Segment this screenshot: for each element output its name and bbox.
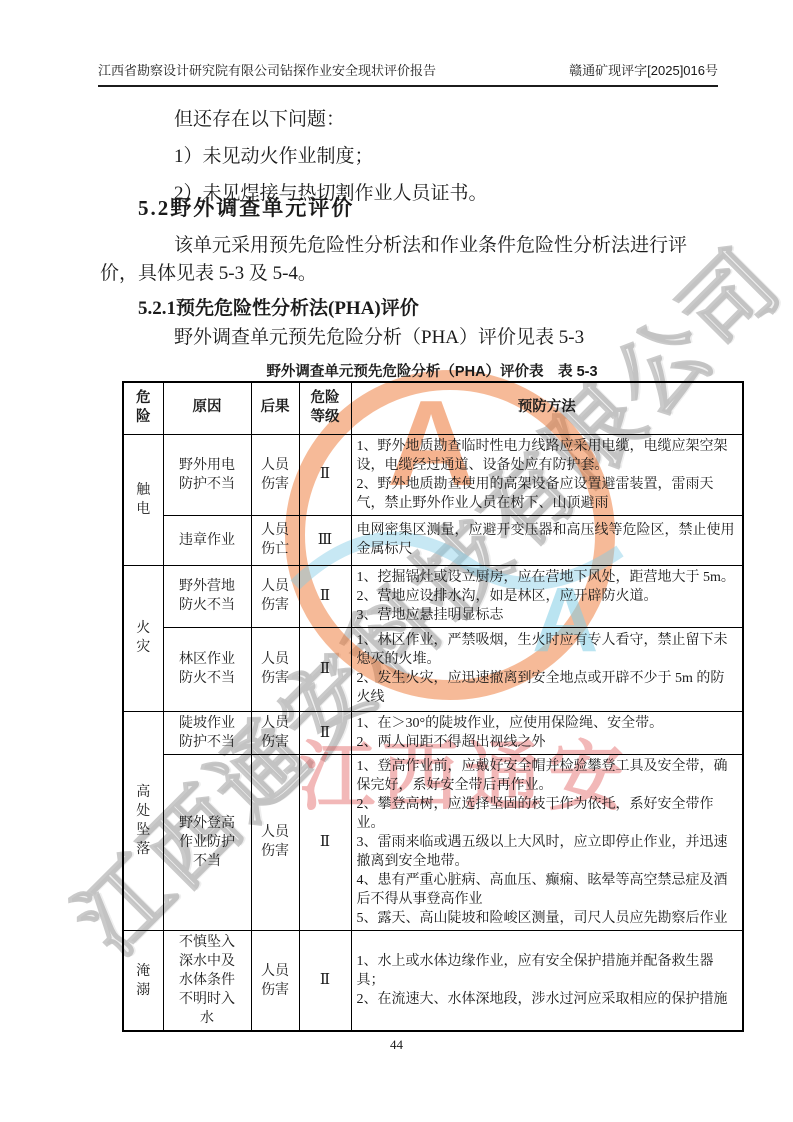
section-heading-5-2-1: 5.2.1预先危险性分析法(PHA)评价: [138, 293, 419, 320]
col-header-prevention: 预防方法: [351, 382, 743, 434]
table-row: 火 灾 野外营地 防火不当 人员 伤害 Ⅱ 1、挖掘锅灶或设立厨房，应在营地下风…: [123, 565, 743, 627]
col-header-result: 后果: [251, 382, 299, 434]
header-doc-number: 赣通矿现评字[2025]016号: [569, 60, 718, 79]
document-page: 江西通安科技有限公司 A A 江西通安 江西省勘察设计研究院有限公司钻探作业安全…: [0, 0, 793, 1122]
prevention-cell: 1、林区作业，严禁吸烟，生火时应有专人看守，禁止留下未熄灭的火堆。 2、发生火灾…: [351, 627, 743, 711]
page-header: 江西省勘察设计研究院有限公司钻探作业安全现状评价报告 赣通矿现评字[2025]0…: [98, 60, 718, 87]
content-layer: 江西省勘察设计研究院有限公司钻探作业安全现状评价报告 赣通矿现评字[2025]0…: [0, 0, 793, 1122]
table-row: 林区作业 防火不当 人员 伤害 Ⅱ 1、林区作业，严禁吸烟，生火时应有专人看守，…: [123, 627, 743, 711]
level-cell: Ⅲ: [299, 515, 351, 565]
prevention-cell: 电网密集区测量，应避开变压器和高压线等危险区，禁止使用金属标尺: [351, 515, 743, 565]
result-cell: 人员 伤害: [251, 627, 299, 711]
level-cell: Ⅱ: [299, 434, 351, 515]
cause-cell: 违章作业: [163, 515, 251, 565]
level-cell: Ⅱ: [299, 931, 351, 1032]
level-cell: Ⅱ: [299, 627, 351, 711]
paragraph-5-2-line2: 价，具体见表 5-3 及 5-4。: [100, 258, 317, 285]
level-cell: Ⅱ: [299, 711, 351, 754]
hazard-cell-fall-from-height: 高 处 坠 落: [123, 711, 163, 930]
prevention-cell: 1、水上或水体边缘作业，应有安全保护措施并配备救生器具； 2、在流速大、水体深地…: [351, 931, 743, 1032]
cause-cell: 不慎坠入 深水中及 水体条件 不明时入 水: [163, 931, 251, 1032]
col-header-cause: 原因: [163, 382, 251, 434]
cause-cell: 野外营地 防火不当: [163, 565, 251, 627]
cause-cell: 林区作业 防火不当: [163, 627, 251, 711]
result-cell: 人员 伤害: [251, 711, 299, 754]
result-cell: 人员 伤害: [251, 434, 299, 515]
cause-cell: 野外登高 作业防护 不当: [163, 754, 251, 930]
col-header-hazard: 危 险: [123, 382, 163, 434]
prevention-cell: 1、野外地质勘查临时性电力线路应采用电缆，电缆应架空架设，电缆经过通道、设备处应…: [351, 434, 743, 515]
hazard-cell-electric-shock: 触 电: [123, 434, 163, 565]
cause-cell: 野外用电 防护不当: [163, 434, 251, 515]
result-cell: 人员 伤害: [251, 754, 299, 930]
table-row: 淹 溺 不慎坠入 深水中及 水体条件 不明时入 水 人员 伤害 Ⅱ 1、水上或水…: [123, 931, 743, 1032]
table-row: 违章作业 人员 伤亡 Ⅲ 电网密集区测量，应避开变压器和高压线等危险区，禁止使用…: [123, 515, 743, 565]
page-number: 44: [0, 1037, 793, 1053]
paragraph-5-2-1: 野外调查单元预先危险分析（PHA）评价见表 5-3: [174, 322, 584, 349]
section-heading-5-2: 5.2野外调查单元评价: [138, 192, 354, 222]
paragraph-5-2-line1: 该单元采用预先危险性分析法和作业条件危险性分析法进行评: [174, 230, 687, 257]
prevention-cell: 1、登高作业前，应戴好安全帽并检验攀登工具及安全带，确保完好，系好安全带后再作业…: [351, 754, 743, 930]
result-cell: 人员 伤害: [251, 565, 299, 627]
table-row: 触 电 野外用电 防护不当 人员 伤害 Ⅱ 1、野外地质勘查临时性电力线路应采用…: [123, 434, 743, 515]
hazard-cell-fire: 火 灾: [123, 565, 163, 711]
level-cell: Ⅱ: [299, 565, 351, 627]
result-cell: 人员 伤亡: [251, 515, 299, 565]
col-header-level: 危险 等级: [299, 382, 351, 434]
list-item-1: 1）未见动火作业制度；: [174, 141, 374, 168]
pha-evaluation-table: 危 险 原因 后果 危险 等级 预防方法 触 电 野外用电 防护不当 人员 伤害…: [122, 381, 744, 1032]
level-cell: Ⅱ: [299, 754, 351, 930]
cause-cell: 陡坡作业 防护不当: [163, 711, 251, 754]
table-row: 高 处 坠 落 陡坡作业 防护不当 人员 伤害 Ⅱ 1、在＞30°的陡坡作业，应…: [123, 711, 743, 754]
table-caption: 野外调查单元预先危险分析（PHA）评价表 表 5-3: [122, 360, 742, 381]
prevention-cell: 1、在＞30°的陡坡作业，应使用保险绳、安全带。 2、两人间距不得超出视线之外: [351, 711, 743, 754]
hazard-cell-drowning: 淹 溺: [123, 931, 163, 1032]
prevention-cell: 1、挖掘锅灶或设立厨房，应在营地下风处，距营地大于 5m。 2、营地应设排水沟，…: [351, 565, 743, 627]
table-row: 野外登高 作业防护 不当 人员 伤害 Ⅱ 1、登高作业前，应戴好安全帽并检验攀登…: [123, 754, 743, 930]
table-header-row: 危 险 原因 后果 危险 等级 预防方法: [123, 382, 743, 434]
result-cell: 人员 伤害: [251, 931, 299, 1032]
header-report-title: 江西省勘察设计研究院有限公司钻探作业安全现状评价报告: [98, 60, 436, 79]
paragraph-intro: 但还存在以下问题：: [174, 104, 345, 131]
